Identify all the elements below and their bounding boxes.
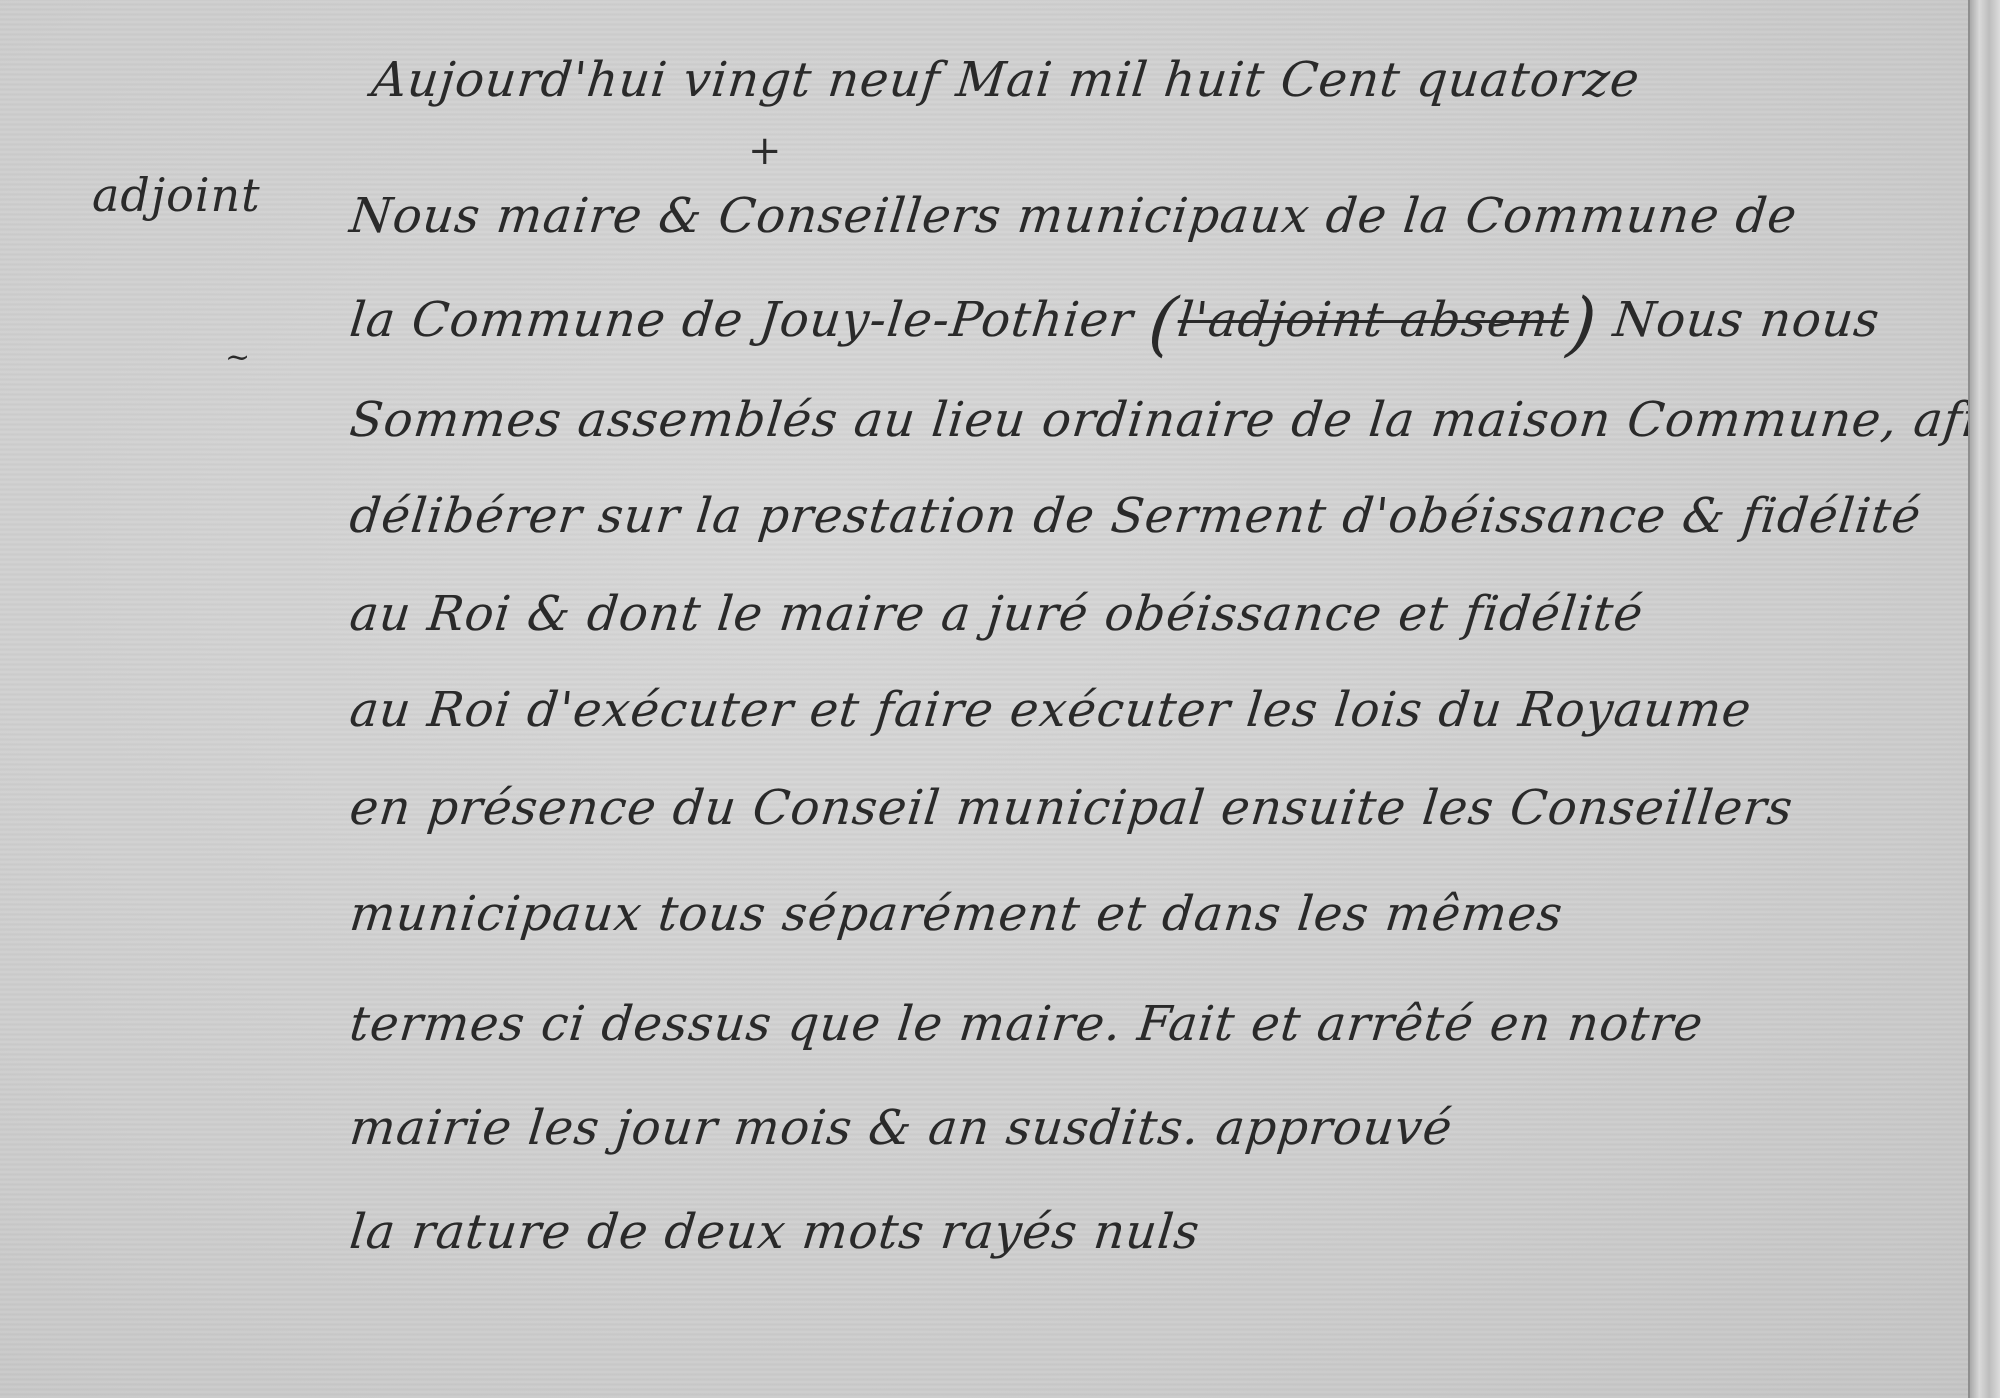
margin-tick-mark: ~ [225, 340, 251, 375]
manuscript-page: adjoint ~ + Aujourd'hui vingt neuf Mai m… [0, 0, 1968, 1398]
text-line-1: Aujourd'hui vingt neuf Mai mil huit Cent… [369, 52, 1643, 108]
text-line-12: la rature de deux mots rayés nuls [347, 1204, 1203, 1260]
text-line-3-suffix: Nous nous [1611, 292, 1883, 348]
text-line-4: Sommes assemblés au lieu ordinaire de la… [347, 392, 2000, 448]
text-line-6: au Roi & dont le maire a juré obéissance… [347, 586, 1646, 642]
text-line-8: en présence du Conseil municipal ensuite… [347, 780, 1796, 836]
page-binding-edge [1968, 0, 2000, 1398]
text-line-3-main: la Commune de Jouy-le-Pothier [347, 292, 1136, 348]
text-line-3: la Commune de Jouy-le-Pothier (l'adjoint… [347, 292, 1882, 348]
struck-text: l'adjoint absent [1175, 292, 1572, 348]
text-line-9: municipaux tous séparément et dans les m… [347, 886, 1566, 942]
text-line-10: termes ci dessus que le maire. Fait et a… [347, 996, 1706, 1052]
insertion-mark: + [748, 128, 783, 174]
text-line-11: mairie les jour mois & an susdits. appro… [347, 1100, 1455, 1156]
text-line-2: Nous maire & Conseillers municipaux de l… [347, 188, 1800, 244]
text-line-5: délibérer sur la prestation de Serment d… [347, 488, 1924, 544]
text-line-7: au Roi d'exécuter et faire exécuter les … [347, 682, 1754, 738]
margin-note-adjoint: adjoint [92, 168, 261, 222]
open-paren: ( [1145, 283, 1182, 365]
